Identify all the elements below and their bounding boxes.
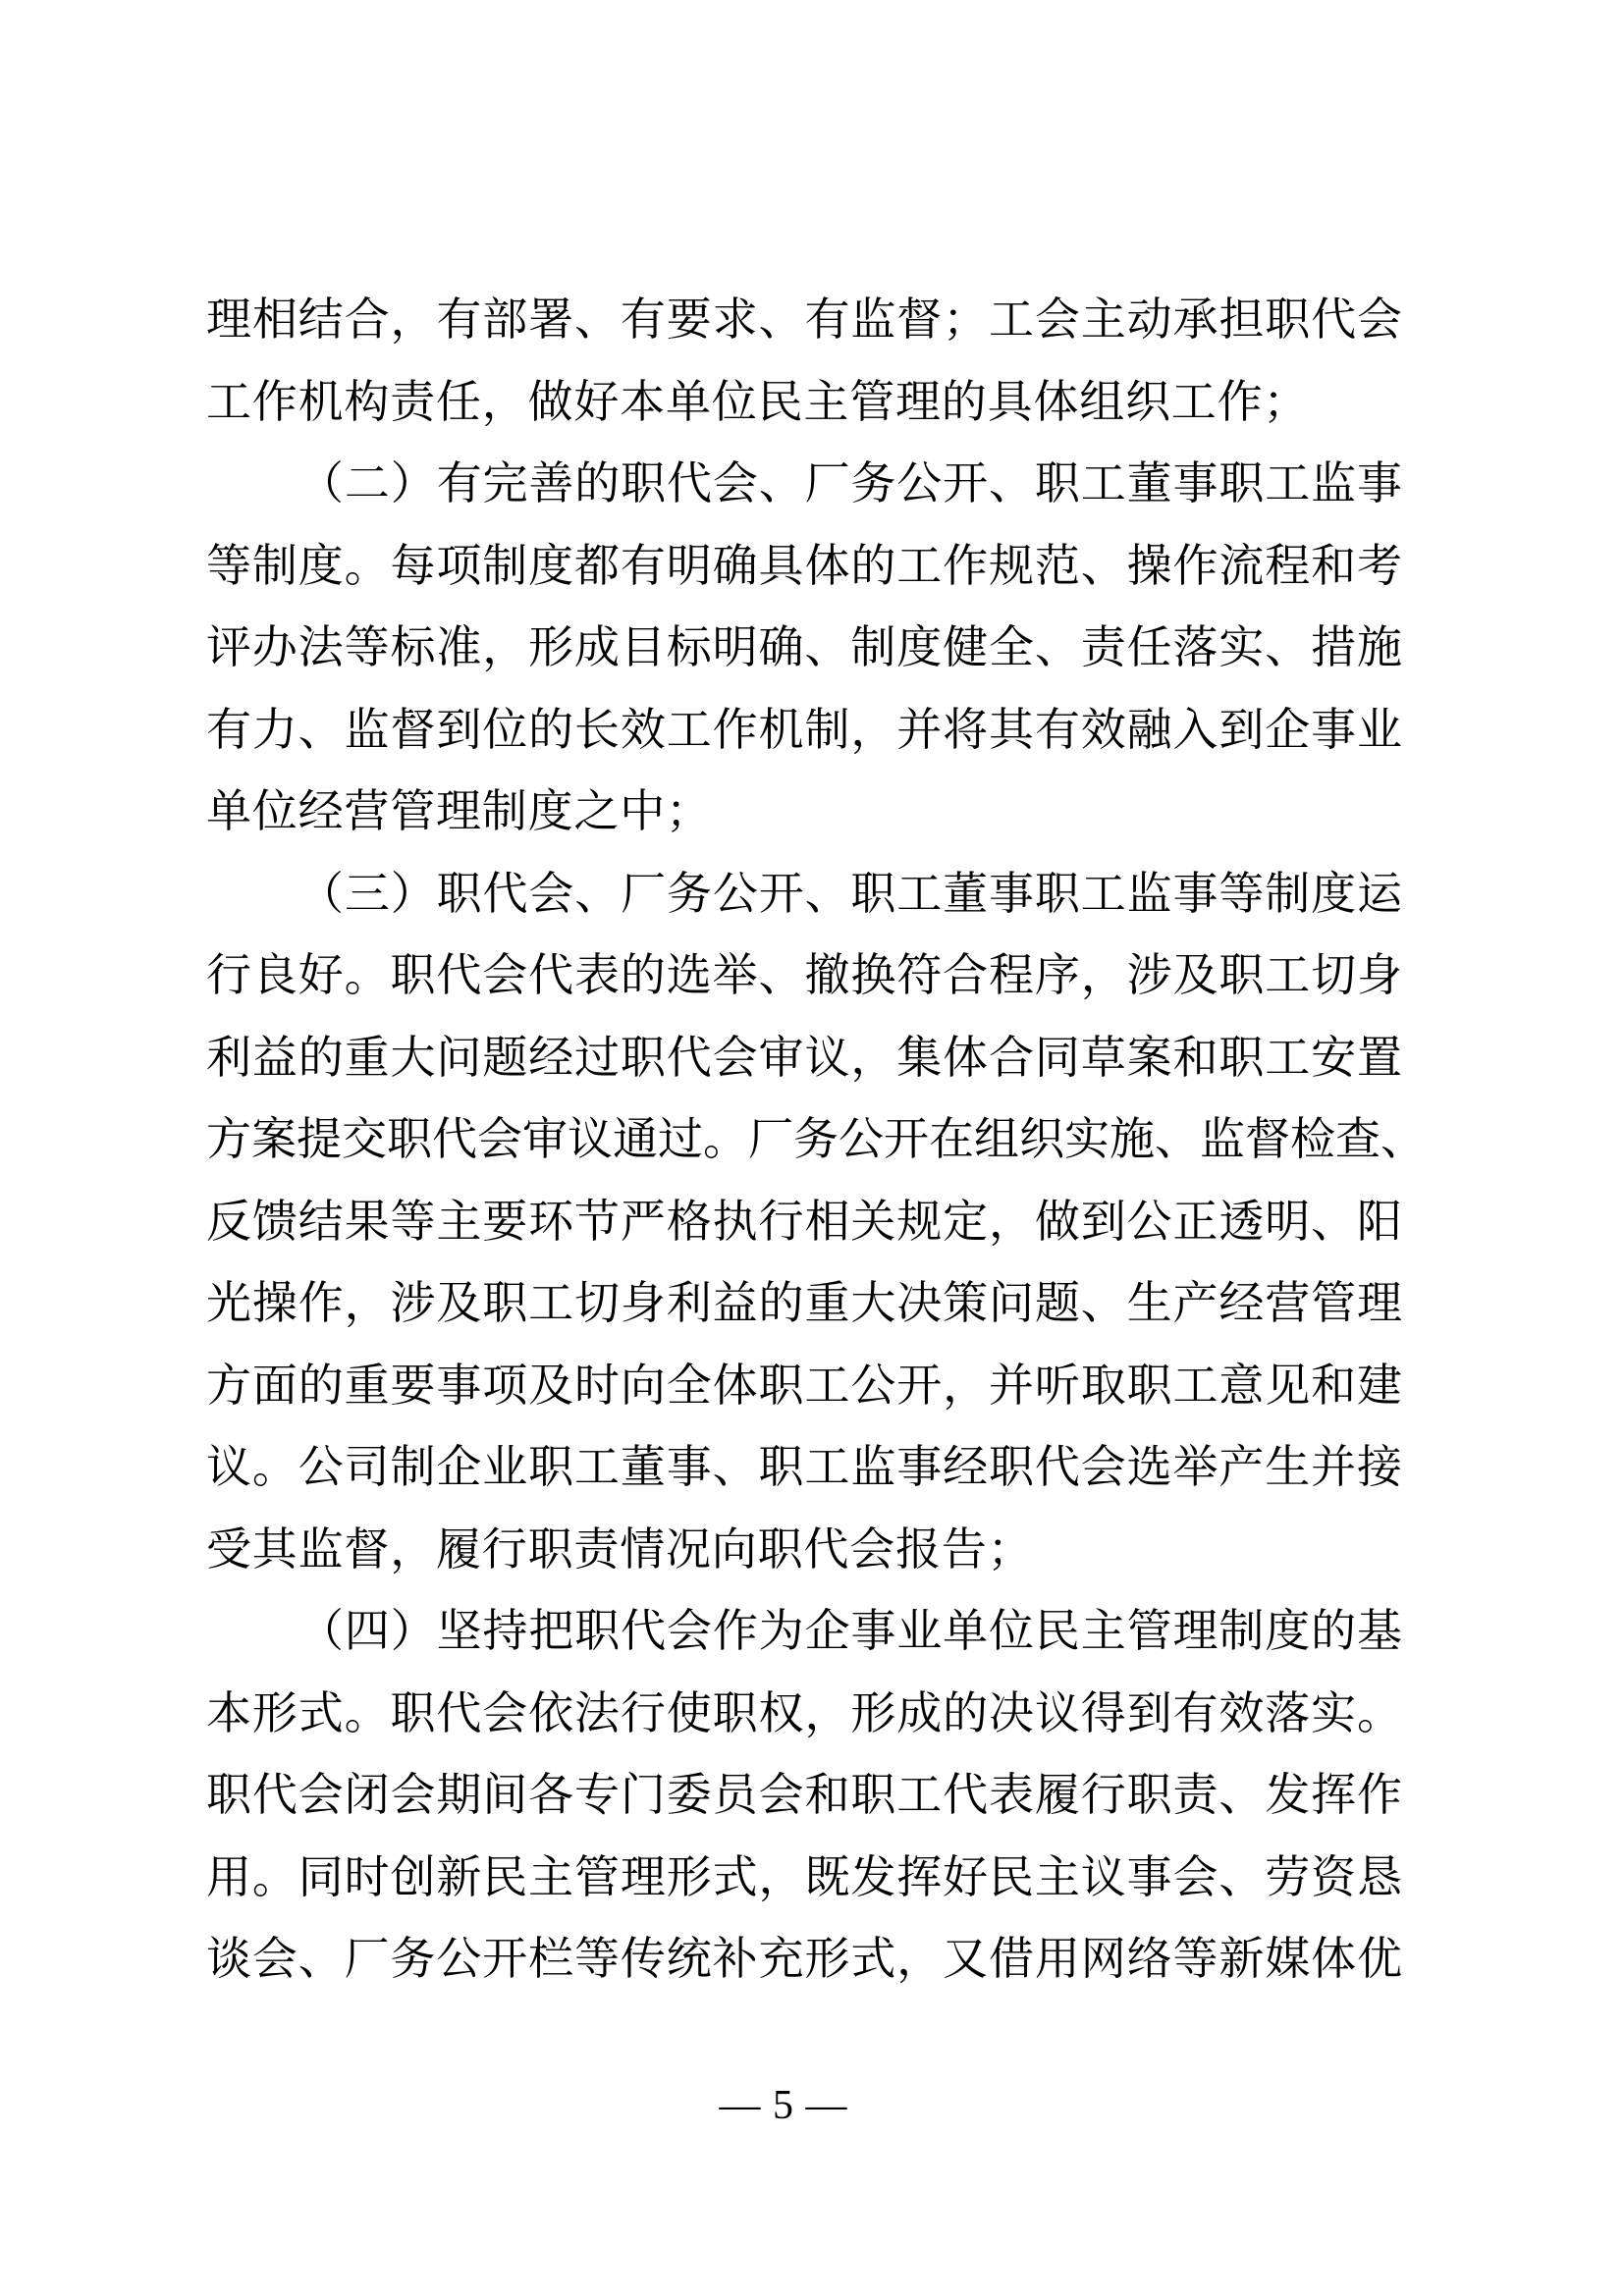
text-line: 等制度。每项制度都有明确具体的工作规范、操作流程和考 [206, 525, 1402, 608]
page-number: — 5 — [0, 2083, 1596, 2128]
text-line: （二）有完善的职代会、厂务公开、职工董事职工监事 [206, 443, 1402, 525]
text-line: 谈会、厂务公开栏等传统补充形式，又借用网络等新媒体优 [206, 1918, 1402, 2001]
text-line: 行良好。职代会代表的选举、撤换符合程序，涉及职工切身 [206, 934, 1402, 1017]
text-line: 方案提交职代会审议通过。厂务公开在组织实施、监督检查、 [206, 1098, 1402, 1181]
document-page: 理相结合，有部署、有要求、有监督；工会主动承担职代会工作机构责任，做好本单位民主… [0, 0, 1624, 2296]
text-line: 单位经营管理制度之中； [206, 771, 1402, 853]
paragraph-item-4: （四）坚持把职代会作为企事业单位民主管理制度的基本形式。职代会依法行使职权，形成… [206, 1590, 1402, 2001]
text-line: 评办法等标准，形成目标明确、制度健全、责任落实、措施 [206, 607, 1402, 689]
document-body: 理相结合，有部署、有要求、有监督；工会主动承担职代会工作机构责任，做好本单位民主… [206, 279, 1402, 2001]
text-line: 职代会闭会期间各专门委员会和职工代表履行职责、发挥作 [206, 1754, 1402, 1837]
text-line: 理相结合，有部署、有要求、有监督；工会主动承担职代会 [206, 279, 1402, 361]
text-line: 受其监督，履行职责情况向职代会报告； [206, 1509, 1402, 1591]
text-line: 光操作，涉及职工切身利益的重大决策问题、生产经营管理 [206, 1262, 1402, 1345]
text-line: 反馈结果等主要环节严格执行相关规定，做到公正透明、阳 [206, 1181, 1402, 1263]
paragraph-item-3: （三）职代会、厂务公开、职工董事职工监事等制度运行良好。职代会代表的选举、撤换符… [206, 853, 1402, 1591]
text-line: 方面的重要事项及时向全体职工公开，并听取职工意见和建 [206, 1345, 1402, 1427]
paragraph-continuation: 理相结合，有部署、有要求、有监督；工会主动承担职代会工作机构责任，做好本单位民主… [206, 279, 1402, 443]
text-line: 本形式。职代会依法行使职权，形成的决议得到有效落实。 [206, 1673, 1402, 1755]
text-line: 利益的重大问题经过职代会审议，集体合同草案和职工安置 [206, 1017, 1402, 1099]
text-line: 有力、监督到位的长效工作机制，并将其有效融入到企事业 [206, 689, 1402, 772]
text-line: 工作机构责任，做好本单位民主管理的具体组织工作； [206, 361, 1402, 444]
text-line: 用。同时创新民主管理形式，既发挥好民主议事会、劳资恳 [206, 1837, 1402, 1919]
text-line: （三）职代会、厂务公开、职工董事职工监事等制度运 [206, 853, 1402, 935]
text-line: 议。公司制企业职工董事、职工监事经职代会选举产生并接 [206, 1426, 1402, 1509]
text-line: （四）坚持把职代会作为企事业单位民主管理制度的基 [206, 1590, 1402, 1673]
paragraph-item-2: （二）有完善的职代会、厂务公开、职工董事职工监事等制度。每项制度都有明确具体的工… [206, 443, 1402, 853]
